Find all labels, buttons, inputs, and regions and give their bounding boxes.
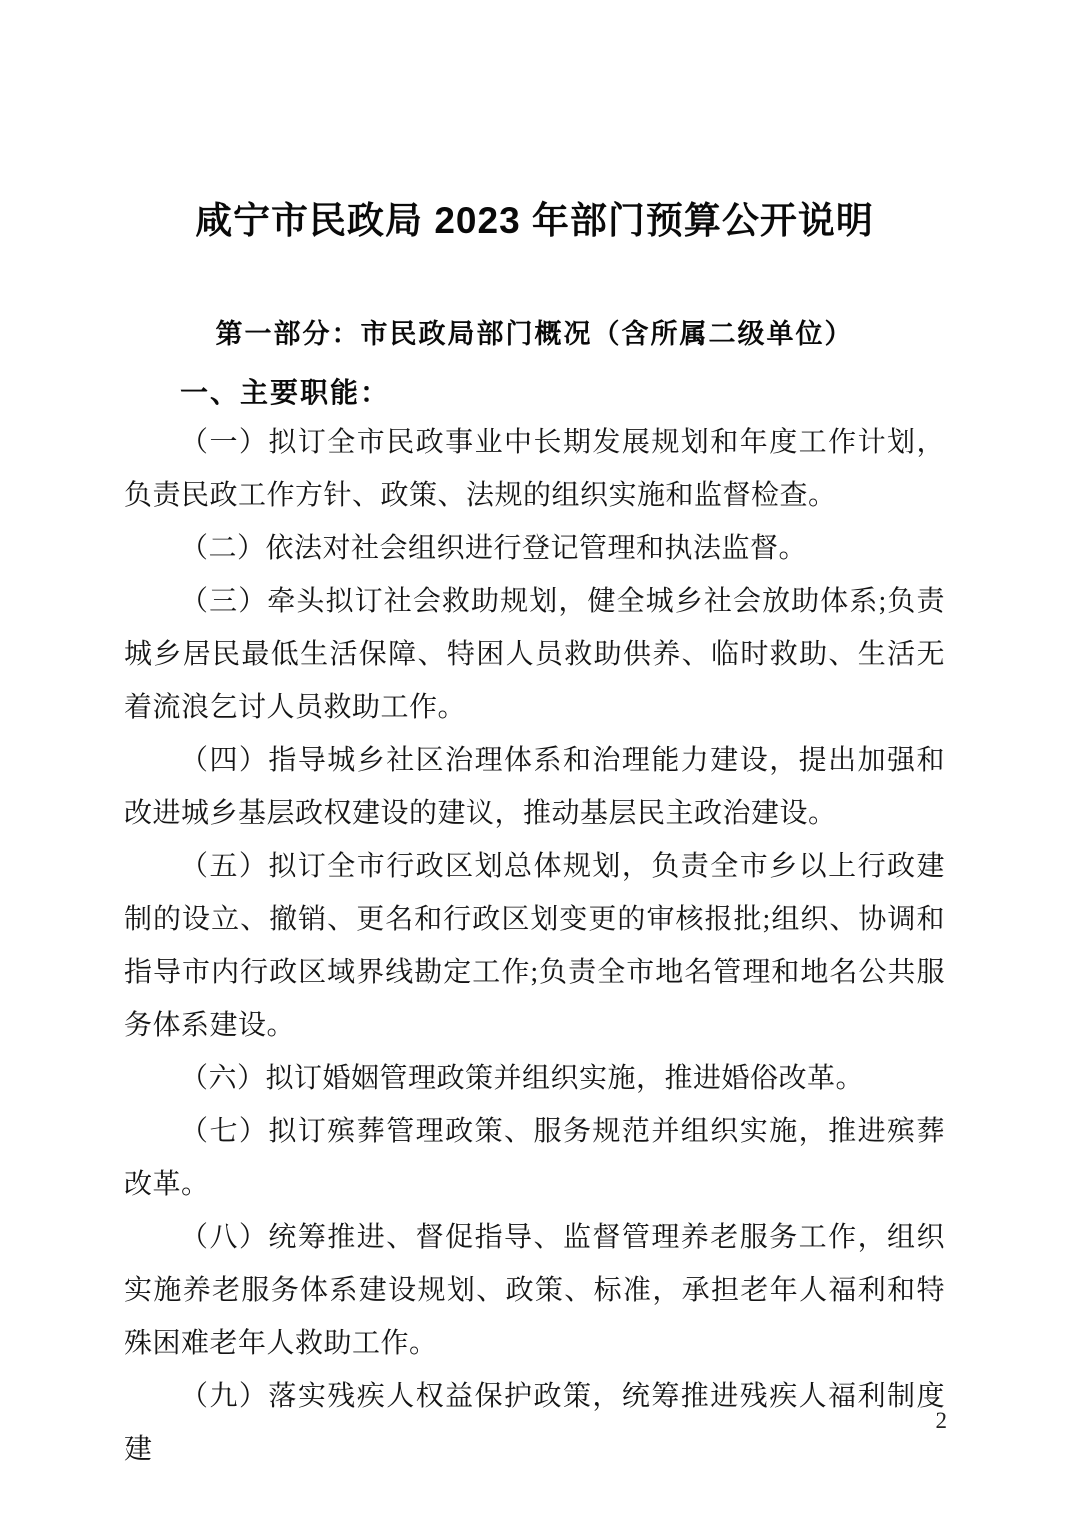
- paragraph-item-6: （六）拟订婚姻管理政策并组织实施，推进婚俗改革。: [124, 1052, 945, 1105]
- paragraph-item-4: （四）指导城乡社区治理体系和治理能力建设，提出加强和改进城乡基层政权建设的建议，…: [124, 734, 945, 840]
- part-one-subtitle: 第一部分：市民政局部门概况（含所属二级单位）: [124, 316, 945, 352]
- paragraph-item-2: （二）依法对社会组织进行登记管理和执法监督。: [124, 522, 945, 575]
- section-heading-main-functions: 一、主要职能：: [124, 370, 945, 416]
- paragraph-item-8: （八）统筹推进、督促指导、监督管理养老服务工作，组织实施养老服务体系建设规划、政…: [124, 1211, 945, 1370]
- document-page: 咸宁市民政局 2023 年部门预算公开说明 第一部分：市民政局部门概况（含所属二…: [0, 0, 1069, 1514]
- page-number: 2: [936, 1408, 948, 1434]
- page-title: 咸宁市民政局 2023 年部门预算公开说明: [124, 0, 945, 244]
- paragraph-item-7: （七）拟订殡葬管理政策、服务规范并组织实施，推进殡葬改革。: [124, 1105, 945, 1211]
- body-text: （一）拟订全市民政事业中长期发展规划和年度工作计划，负责民政工作方针、政策、法规…: [124, 416, 945, 1476]
- paragraph-item-5: （五）拟订全市行政区划总体规划，负责全市乡以上行政建制的设立、撤销、更名和行政区…: [124, 840, 945, 1052]
- paragraph-item-1: （一）拟订全市民政事业中长期发展规划和年度工作计划，负责民政工作方针、政策、法规…: [124, 416, 945, 522]
- document-content: 咸宁市民政局 2023 年部门预算公开说明 第一部分：市民政局部门概况（含所属二…: [0, 0, 1069, 1476]
- paragraph-item-9: （九）落实残疾人权益保护政策，统筹推进残疾人福利制度建: [124, 1370, 945, 1476]
- paragraph-item-3: （三）牵头拟订社会救助规划，健全城乡社会放助体系;负责城乡居民最低生活保障、特困…: [124, 575, 945, 734]
